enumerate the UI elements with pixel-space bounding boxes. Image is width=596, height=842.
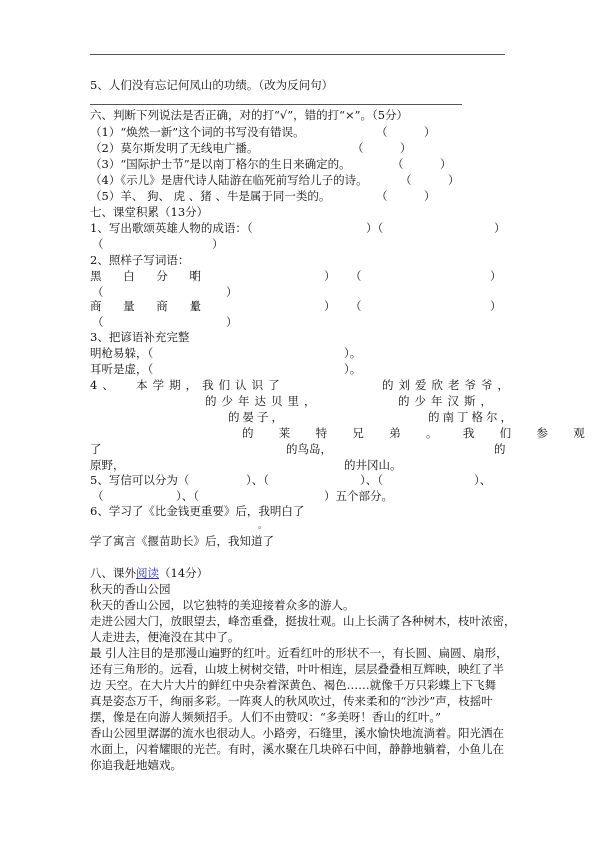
q4-line6-a: 原野，	[90, 457, 125, 473]
q4-line1-b: 的刘爱欣老爷爷，	[382, 377, 514, 393]
judge-blank-4[interactable]: （ ）	[400, 172, 460, 188]
q4-line6-b: 的井冈山。	[344, 457, 402, 473]
q4-line5-b: 的鸟岛，	[286, 441, 332, 457]
passage-line: 你追我赶地嬉戏。	[90, 757, 182, 773]
q1-blank-separator[interactable]: ）（	[366, 220, 383, 236]
reading-link[interactable]: 阅读	[136, 566, 159, 580]
passage-line: 水面上，闪着耀眼的光芒。有时，溪水聚在几块碎石中间，静静地躺着，小鱼儿在	[90, 741, 504, 757]
judge-item-4: （4）《示儿》是唐代诗人陆游在临死前写给儿子的诗。	[90, 172, 368, 188]
q2-row1-blank1-open[interactable]: （	[186, 268, 198, 284]
passage-line: 边 天空。在大片大片的鲜红中央杂着深黄色、褐色……就像千万只彩蝶上下飞舞	[90, 677, 496, 693]
q4-line2-a: 的少年达贝里，	[205, 393, 321, 409]
answer-line	[90, 54, 505, 55]
passage-line: 真是姿态万千，绚丽多彩。一阵爽人的秋风吹过，传来柔和的“沙沙”声，枝摇叶	[90, 693, 493, 709]
q1-blank3-open[interactable]: （	[92, 236, 104, 252]
q2-row2-blank1-open[interactable]: （	[186, 298, 198, 314]
judge-item-3: （3）“国际护士节”是以南丁格尔的生日来确定的。	[90, 156, 351, 172]
passage-line: 秋天的香山公园，以它独特的美迎接着众多的游人。	[90, 597, 355, 613]
passage-line: 香山公园里潺潺的流水也很动人。小路旁，石缝里，溪水愉快地流淌着。阳光洒在	[90, 725, 504, 741]
section7-title: 七、课堂积累（13分）	[90, 204, 208, 220]
q2-row2-blank2-open[interactable]: （	[350, 298, 362, 314]
judge-blank-3[interactable]: （ ）	[392, 156, 452, 172]
q2-row2-blank3-close: ）	[226, 314, 238, 330]
q3-proverb-1-close: ）。	[344, 345, 361, 361]
q6-period: 。	[258, 518, 267, 534]
q2-row1-blank2-close: ）	[490, 268, 502, 284]
q5-rewrite-prompt: 5、人们没有忘记何凤山的功绩。（改为反问句）	[90, 77, 333, 93]
q5-line2-a[interactable]: （	[92, 488, 104, 504]
section8-title-prefix: 八、课外	[90, 566, 136, 580]
passage-line: 最 引人注目的是那漫山遍野的红叶。近看红叶的形状不一，有长圆、扁圆、扇形，	[90, 645, 508, 661]
q5-line1-c[interactable]: ）、（	[360, 472, 383, 488]
q4-line4: 的 莱 特 兄 弟 。 我 们 参 观	[242, 425, 591, 441]
section8-title-suffix: （14分）	[159, 566, 208, 580]
q1-blank-close: ）	[494, 220, 506, 236]
q4-line1-a: 4、 本学期，我们认识了	[90, 377, 285, 393]
q5-line1-b[interactable]: ）、（	[246, 472, 269, 488]
passage-line: 还有三角形的。远看，山坡上树树交错，叶叶相连，层层叠叠相互辉映，映红了半	[90, 661, 504, 677]
q2-row2-blank3-open[interactable]: （	[92, 314, 104, 330]
q2-row1-blank2-open[interactable]: （	[350, 268, 362, 284]
q2-row2-blank1-close: ）	[324, 298, 336, 314]
q4-line3-a: 的晏子，	[228, 409, 286, 425]
passage-line: 走进公园大门，放眼望去，峰峦重叠，挺拔壮观。山上长满了各种树木，枝叶浓密，	[90, 613, 516, 629]
q2-title: 2、照样子写词语：	[90, 252, 189, 268]
q6-line2: 学了寓言《揠苗助长》后，我知道了	[90, 533, 274, 549]
q5-line1-d: ）、	[474, 472, 491, 488]
q4-line3-b: 的南丁格尔，	[428, 409, 515, 425]
judge-item-2: （2）莫尔斯发明了无线电广播。	[90, 140, 258, 156]
q5-line2-b[interactable]: ）、（	[176, 488, 199, 504]
q1-blank3-close: ）	[212, 236, 224, 252]
q5-line2-c: ）五个部分。	[324, 488, 393, 504]
worksheet-page: 5、人们没有忘记何凤山的功绩。（改为反问句） 六、判断下列说法是否正确，对的打“…	[0, 0, 596, 842]
q3-proverb-2-close: ）。	[344, 361, 361, 377]
passage-line: 人走进去，便淹没在其中了。	[90, 629, 240, 645]
answer-line	[90, 104, 462, 105]
q4-line5-a: 了	[90, 441, 102, 457]
section8-title: 八、课外阅读（14分）	[90, 565, 208, 581]
q4-line5-c: 的	[494, 441, 506, 457]
q3-proverb-1[interactable]: 明枪易躲，（	[90, 345, 153, 361]
judge-blank-2[interactable]: （ ）	[352, 140, 412, 156]
passage-title: 秋天的香山公园	[90, 581, 171, 597]
judge-item-5: （5）羊、 狗、 虎 、猪 、牛是属于同一类的。	[90, 188, 330, 204]
q1-prompt: 1、写出歌颂英雄人物的成语：（	[90, 220, 253, 236]
passage-line: 摆，像是在向游人频频招手。人们不由赞叹：“多美呀！香山的红叶。”	[90, 709, 441, 725]
judge-blank-1[interactable]: （ ）	[376, 124, 436, 140]
q4-line2-b: 的少年汉斯，	[398, 393, 497, 409]
section6-title: 六、判断下列说法是否正确，对的打“√”，错的打“×”。（5分）	[90, 107, 408, 123]
q6-line1: 6、学习了《比金钱更重要》后，我明白了	[90, 503, 304, 519]
q5-line1-a[interactable]: 5、写信可以分为（	[90, 472, 189, 488]
judge-item-1: （1）“焕然一新”这个词的书写没有错误。	[90, 124, 305, 140]
q3-proverb-2[interactable]: 耳听是虚，（	[90, 361, 153, 377]
q2-row2-blank2-close: ）	[490, 298, 502, 314]
judge-blank-5[interactable]: （ ）	[376, 188, 436, 204]
q2-row1-blank3-close: ）	[226, 284, 238, 300]
q2-row1-blank1-close: ）	[324, 268, 336, 284]
q3-title: 3、把谚语补充完整	[90, 329, 189, 345]
